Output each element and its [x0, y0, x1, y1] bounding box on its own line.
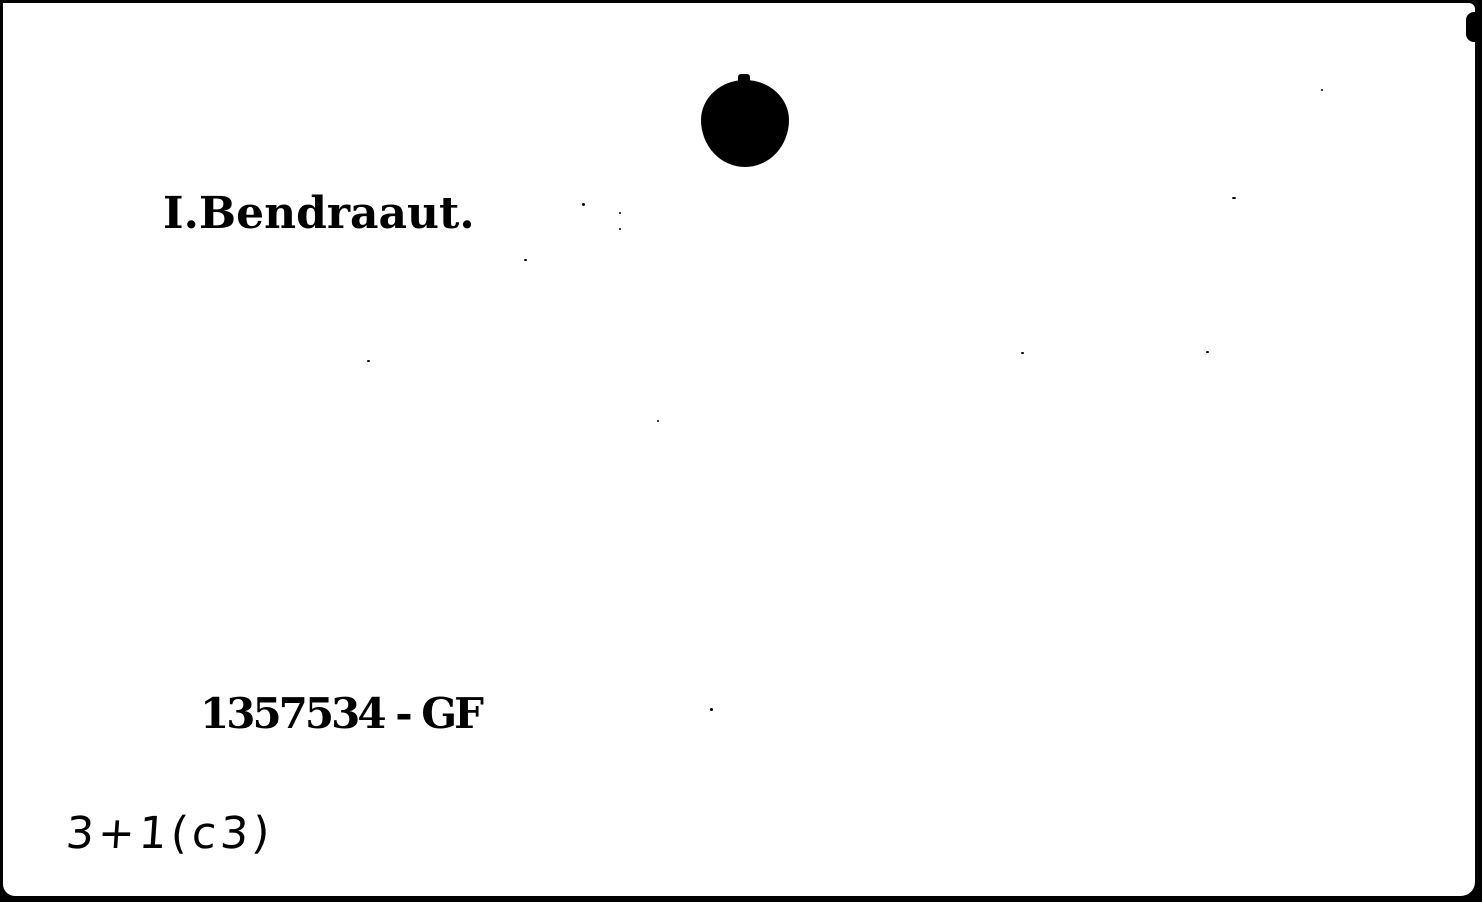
scan-speck	[1321, 89, 1323, 91]
scan-speck	[582, 203, 585, 206]
card-edge-notch	[1466, 12, 1480, 42]
scan-speck	[619, 212, 621, 214]
scan-speck	[367, 360, 370, 362]
card-name: I.Bendraaut.	[163, 188, 475, 239]
handwritten-note: 3+1(c3)	[64, 808, 275, 859]
scan-speck	[657, 420, 659, 422]
scan-edge-right	[1475, 0, 1482, 902]
catalog-number: 1357534 - GF	[200, 689, 481, 738]
scan-speck	[619, 228, 621, 230]
scan-speck	[1206, 351, 1209, 353]
scan-speck	[710, 708, 713, 711]
scan-speck	[1021, 352, 1024, 354]
scan-edge-bottom	[0, 897, 1482, 902]
scan-speck	[524, 259, 527, 261]
scan-speck	[1232, 197, 1236, 199]
